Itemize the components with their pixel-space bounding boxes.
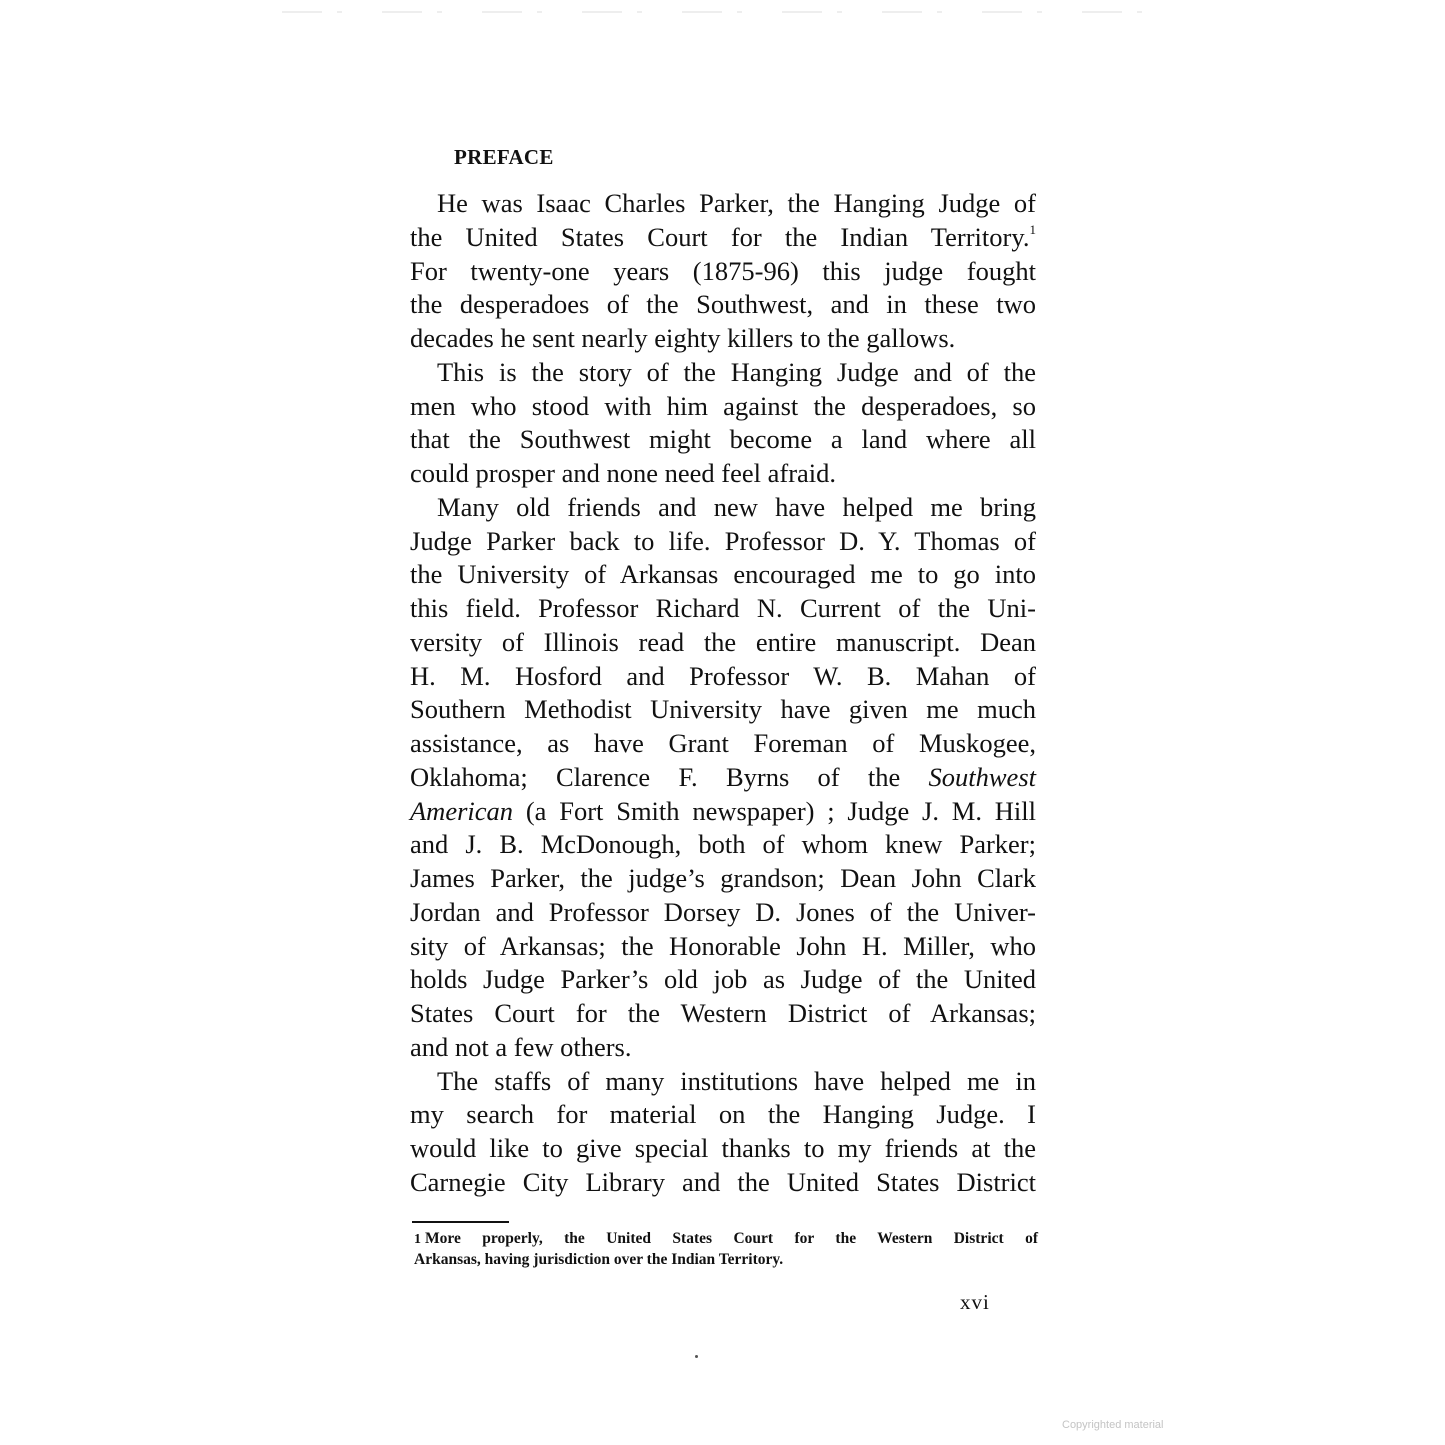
text-line: Southern Methodist University have given… <box>410 693 1036 727</box>
paragraph: He was Isaac Charles Parker, the Hanging… <box>410 187 1036 356</box>
text-line: the University of Arkansas encouraged me… <box>410 558 1036 592</box>
text-line: Many old friends and new have helped me … <box>410 491 1036 525</box>
text-line: Carnegie City Library and the United Sta… <box>410 1166 1036 1200</box>
footnote-divider <box>412 1221 509 1223</box>
text-line: and not a few others. <box>410 1031 1036 1065</box>
text-line: The staffs of many institutions have hel… <box>410 1065 1036 1099</box>
scan-edge-artifact <box>282 11 1158 13</box>
footnote: 1More properly, the United States Court … <box>414 1229 1038 1270</box>
text-line: that the Southwest might become a land w… <box>410 423 1036 457</box>
text-line: Oklahoma; Clarence F. Byrns of the South… <box>410 761 1036 795</box>
footnote-ref[interactable]: 1 <box>1030 222 1037 237</box>
text-line: For twenty-one years (1875-96) this judg… <box>410 255 1036 289</box>
paragraph: The staffs of many institutions have hel… <box>410 1065 1036 1200</box>
footnote-text: More properly, the United States Court f… <box>425 1230 1038 1247</box>
text-line: would like to give special thanks to my … <box>410 1132 1036 1166</box>
text-line: He was Isaac Charles Parker, the Hanging… <box>410 187 1036 221</box>
running-head: PREFACE <box>454 145 554 170</box>
text-line: decades he sent nearly eighty killers to… <box>410 322 1036 356</box>
text-line: holds Judge Parker’s old job as Judge of… <box>410 963 1036 997</box>
text-line: James Parker, the judge’s grandson; Dean… <box>410 862 1036 896</box>
text-line: States Court for the Western District of… <box>410 997 1036 1031</box>
text-line: versity of Illinois read the entire manu… <box>410 626 1036 660</box>
text-line: my search for material on the Hanging Ju… <box>410 1098 1036 1132</box>
text-line: sity of Arkansas; the Honorable John H. … <box>410 930 1036 964</box>
text-line: This is the story of the Hanging Judge a… <box>410 356 1036 390</box>
text-line: and J. B. McDonough, both of whom knew P… <box>410 828 1036 862</box>
page-number: xvi <box>960 1290 990 1315</box>
text-line: this field. Professor Richard N. Current… <box>410 592 1036 626</box>
text-line-content: Oklahoma; Clarence F. Byrns of the <box>410 762 900 792</box>
italic-newspaper-title: Southwest <box>929 762 1036 792</box>
text-line: Judge Parker back to life. Professor D. … <box>410 525 1036 559</box>
text-line: could prosper and none need feel afraid. <box>410 457 1036 491</box>
paragraph: Many old friends and new have helped me … <box>410 491 1036 1065</box>
footnote-number: 1 <box>414 1232 421 1247</box>
footnote-line: 1More properly, the United States Court … <box>414 1229 1038 1250</box>
text-line: Jordan and Professor Dorsey D. Jones of … <box>410 896 1036 930</box>
text-line: American (a Fort Smith newspaper) ; Judg… <box>410 795 1036 829</box>
text-line: assistance, as have Grant Foreman of Mus… <box>410 727 1036 761</box>
text-line-content: the United States Court for the Indian T… <box>410 222 1030 252</box>
footnote-line: Arkansas, having jurisdiction over the I… <box>414 1250 1038 1270</box>
text-line: the United States Court for the Indian T… <box>410 221 1036 255</box>
text-line: men who stood with him against the despe… <box>410 390 1036 424</box>
text-line: the desperadoes of the Southwest, and in… <box>410 288 1036 322</box>
copyright-watermark: Copyrighted material <box>1062 1419 1164 1431</box>
scan-speck <box>695 1355 698 1358</box>
paragraph: This is the story of the Hanging Judge a… <box>410 356 1036 491</box>
body-text: He was Isaac Charles Parker, the Hanging… <box>410 187 1036 1200</box>
text-line-content: (a Fort Smith newspaper) ; Judge J. M. H… <box>526 796 1036 826</box>
italic-newspaper-title: American <box>410 796 513 826</box>
text-line: H. M. Hosford and Professor W. B. Mahan … <box>410 660 1036 694</box>
